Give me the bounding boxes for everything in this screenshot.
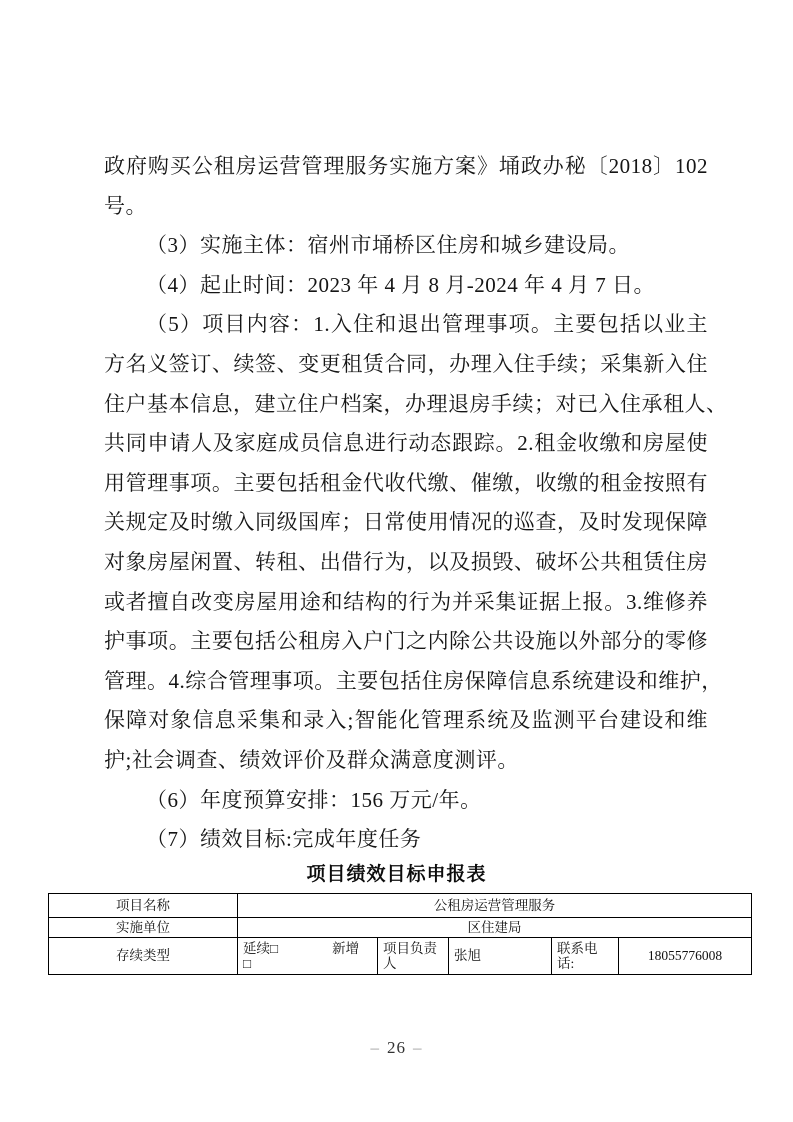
text-line: 对象房屋闲置、转租、出借行为，以及损毁、破坏公共租赁住房 (104, 543, 708, 583)
text-line: 保障对象信息采集和录入;智能化管理系统及监测平台建设和维 (104, 701, 708, 741)
table-row-project-name: 项目名称 公租房运营管理服务 (49, 894, 752, 918)
persistence-type-options-cell: 延续□ 新增 □ (238, 938, 378, 975)
project-manager-label-cell: 项目负责 人 (378, 938, 449, 975)
text-line: 住户基本信息，建立住户档案，办理退房手续；对已入住承租人、 (104, 385, 708, 425)
body-text: 政府购买公租房运营管理服务实施方案》埇政办秘〔2018〕102 号。 （3）实施… (104, 147, 708, 860)
text-line-item-5: （5）项目内容：1.入住和退出管理事项。主要包括以业主 (104, 305, 708, 345)
text-line-item-7: （7）绩效目标:完成年度任务 (104, 820, 708, 860)
text-line: 方名义签订、续签、变更租赁合同，办理入住手续；采集新入住 (104, 345, 708, 385)
text-line: 管理。4.综合管理事项。主要包括住房保障信息系统建设和维护， (104, 662, 708, 702)
text-line: 政府购买公租房运营管理服务实施方案》埇政办秘〔2018〕102 (104, 147, 708, 187)
contact-phone-value-cell: 18055776008 (619, 938, 752, 975)
text-line: 共同申请人及家庭成员信息进行动态跟踪。2.租金收缴和房屋使 (104, 424, 708, 464)
footer-dash-left: – (364, 1038, 388, 1057)
contact-phone-label-cell: 联系电 话: (552, 938, 619, 975)
text-line-item-6: （6）年度预算安排：156 万元/年。 (104, 781, 708, 821)
table-heading: 项目绩效目标申报表 (0, 858, 793, 892)
implementing-unit-label-cell: 实施单位 (49, 918, 238, 938)
performance-target-table: 项目名称 公租房运营管理服务 实施单位 区住建局 存续类型 延续□ 新增 □ 项… (48, 893, 752, 975)
text-line: 或者擅自改变房屋用途和结构的行为并采集证据上报。3.维修养 (104, 583, 708, 623)
text-line: 用管理事项。主要包括租金代收代缴、催缴，收缴的租金按照有 (104, 464, 708, 504)
page-footer: –26– (0, 1038, 793, 1058)
project-name-label-cell: 项目名称 (49, 894, 238, 918)
page-number: 26 (387, 1038, 406, 1057)
table-row-implementing-unit: 实施单位 区住建局 (49, 918, 752, 938)
project-manager-value-cell: 张旭 (449, 938, 552, 975)
text-line: 号。 (104, 187, 708, 227)
text-line: 护;社会调查、绩效评价及群众满意度测评。 (104, 741, 708, 781)
persistence-type-label-cell: 存续类型 (49, 938, 238, 975)
text-line: 关规定及时缴入同级国库；日常使用情况的巡查，及时发现保障 (104, 503, 708, 543)
text-line-item-4: （4）起止时间：2023 年 4 月 8 月-2024 年 4 月 7 日。 (104, 266, 708, 306)
text-line-item-3: （3）实施主体：宿州市埇桥区住房和城乡建设局。 (104, 226, 708, 266)
text-line: 护事项。主要包括公租房入户门之内除公共设施以外部分的零修 (104, 622, 708, 662)
footer-dash-right: – (406, 1038, 430, 1057)
implementing-unit-value-cell: 区住建局 (238, 918, 752, 938)
table-row-type-and-contact: 存续类型 延续□ 新增 □ 项目负责 人 张旭 联系电 话: 180557760… (49, 938, 752, 975)
document-page: 政府购买公租房运营管理服务实施方案》埇政办秘〔2018〕102 号。 （3）实施… (0, 0, 793, 1122)
project-name-value-cell: 公租房运营管理服务 (238, 894, 752, 918)
